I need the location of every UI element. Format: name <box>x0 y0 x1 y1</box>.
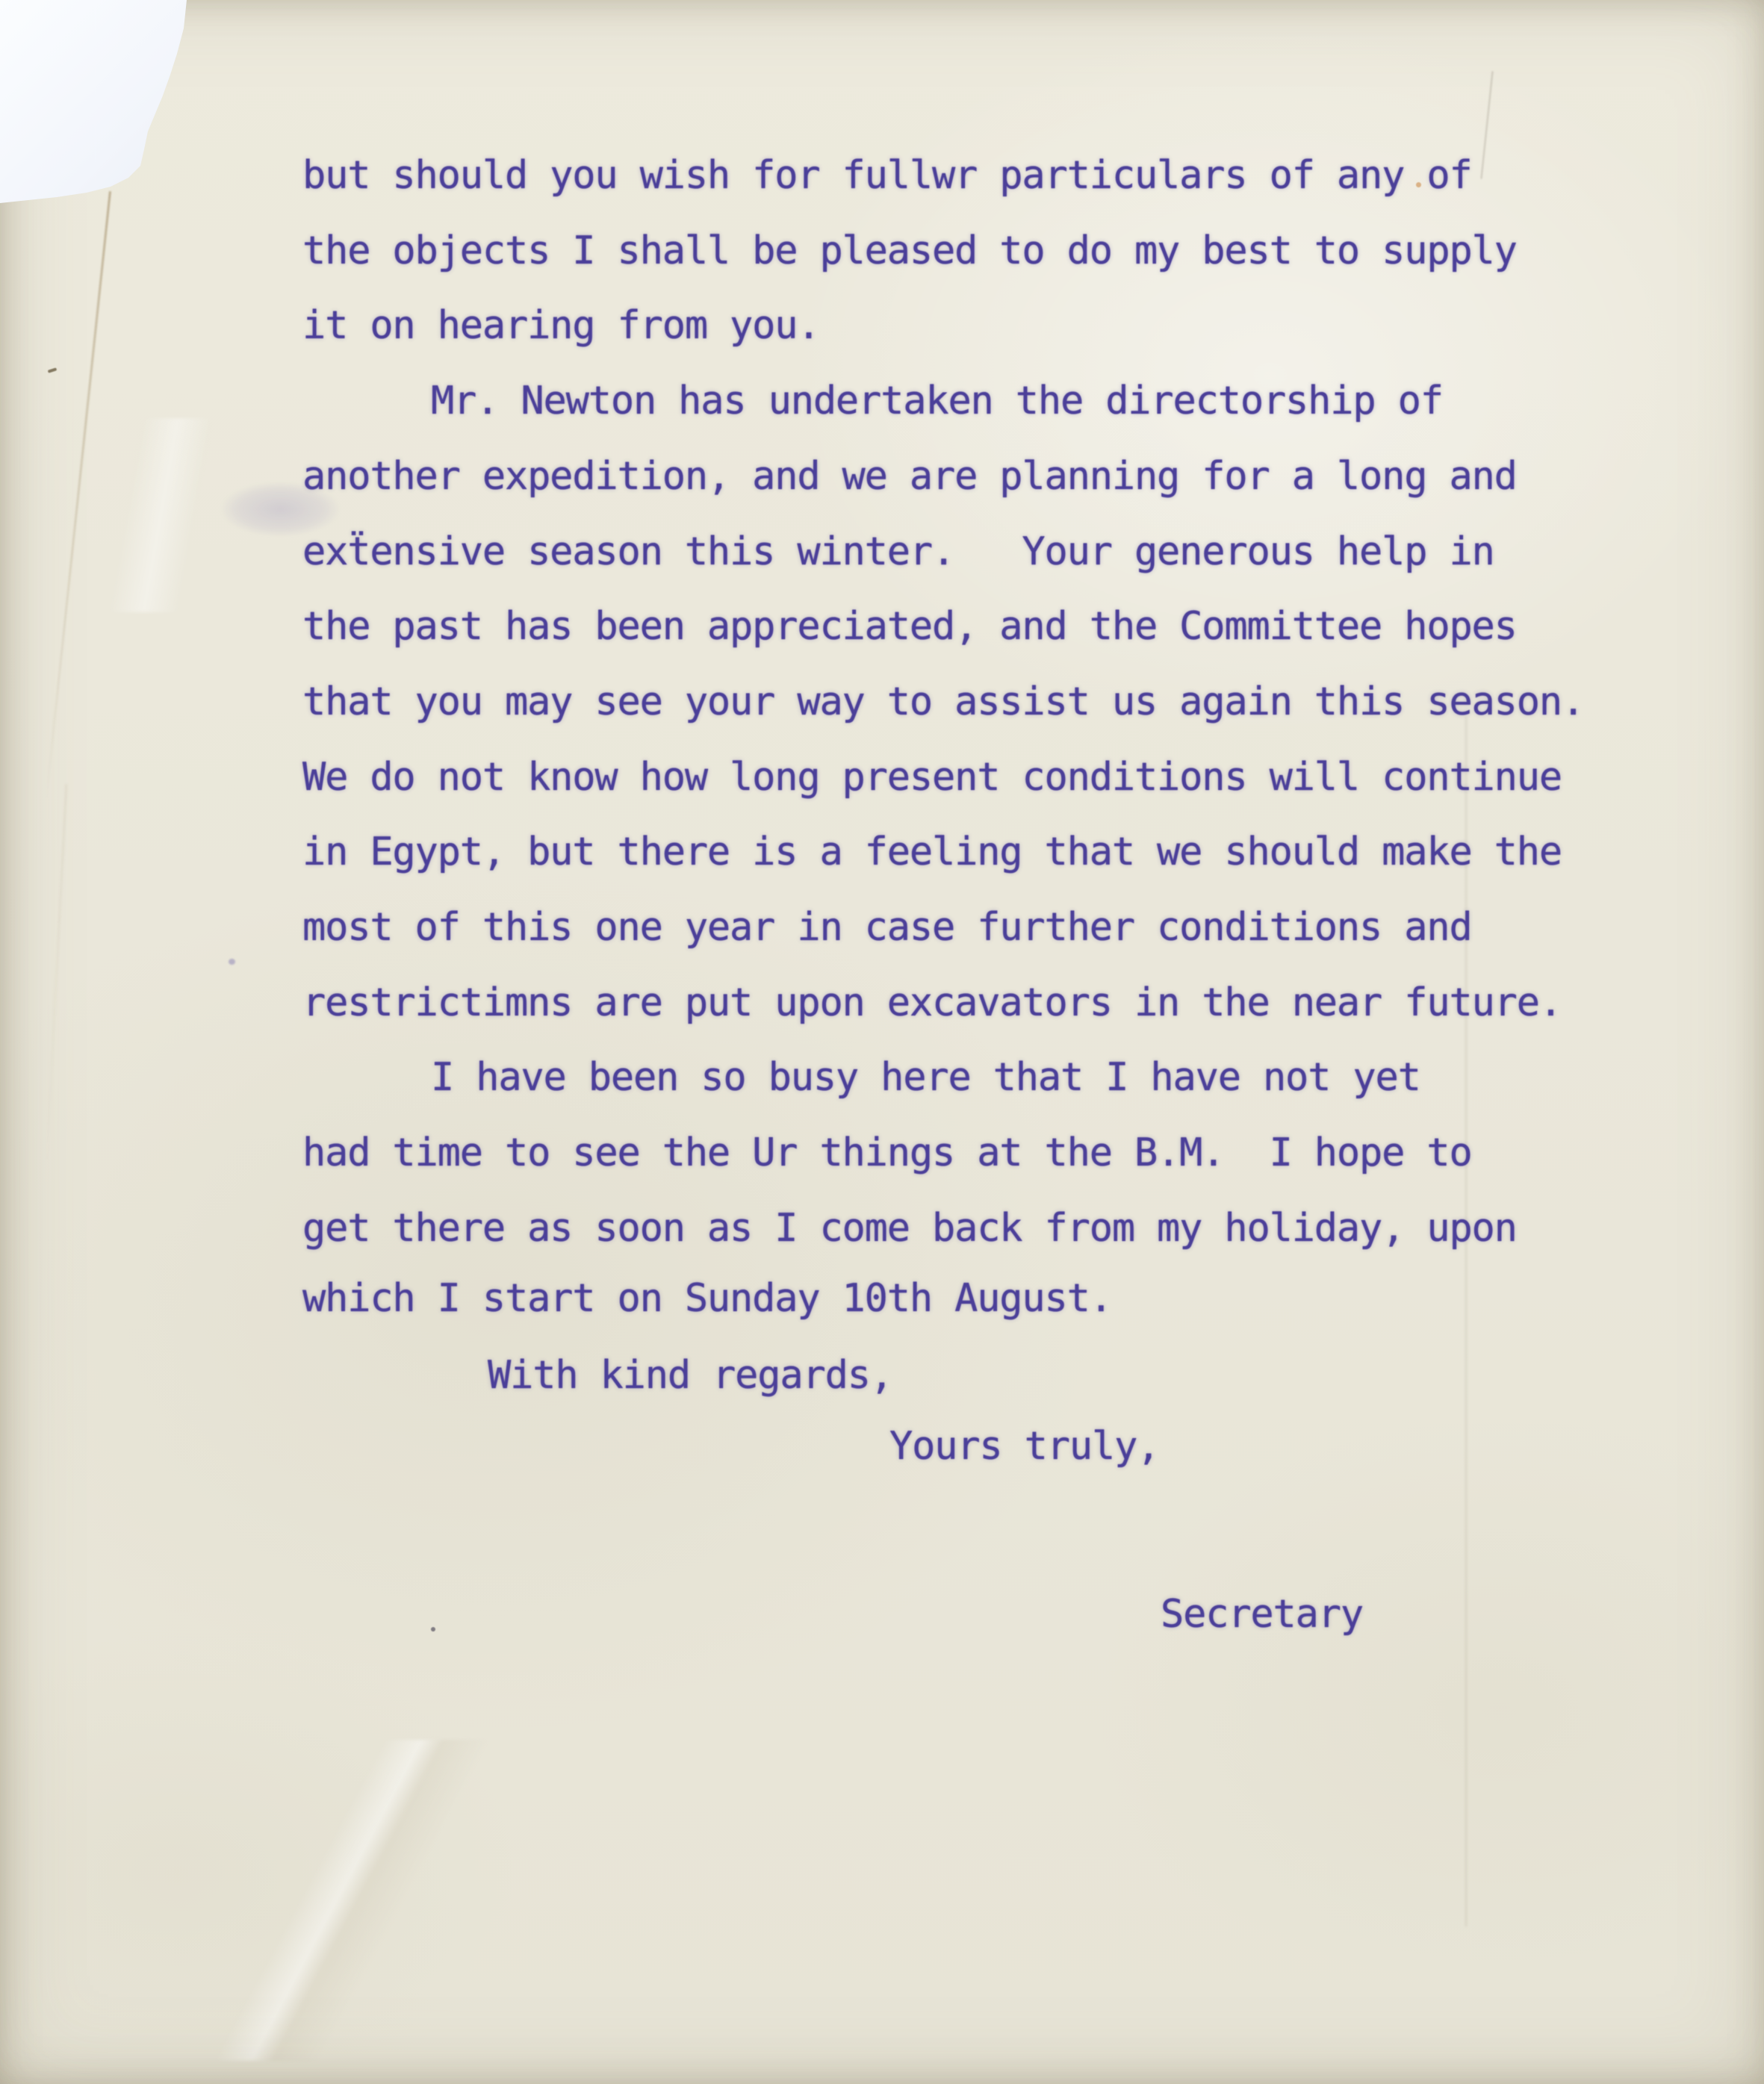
letter-body-line: We do not know how long present conditio… <box>302 755 1562 800</box>
letter-body-line: most of this one year in case further co… <box>302 905 1472 950</box>
letter-body-line: get there as soon as I come back from my… <box>302 1206 1517 1251</box>
letter-body-line: the objects I shall be pleased to do my … <box>302 228 1517 273</box>
letter-body-line: Mr. Newton has undertaken the directorsh… <box>431 379 1443 423</box>
letter-body-line: but should you wish for fullwr particula… <box>302 153 1472 198</box>
letter-body-line: exẗensive season this winter. Your gener… <box>302 529 1494 574</box>
letter-body-line: in Egypt, but there is a feeling that we… <box>302 830 1562 874</box>
letter-page: but should you wish for fullwr particula… <box>0 0 1764 2084</box>
letter-body-line: restrictimns are put upon excavators in … <box>302 980 1562 1025</box>
letter-body-line: it on hearing from you. <box>302 303 819 348</box>
letter-body-line: I have been so busy here that I have not… <box>431 1055 1420 1100</box>
closing-regards-line: With kind regards, <box>488 1353 892 1398</box>
letter-body-line: another expedition, and we are planning … <box>302 454 1517 499</box>
letter-body-line: the past has been appreciated, and the C… <box>302 604 1517 649</box>
letter-body-line: that you may see your way to assist us a… <box>302 679 1584 724</box>
closing-yours-truly-line: Yours truly, <box>889 1424 1159 1469</box>
signature-secretary-line: Secretary <box>1161 1592 1363 1637</box>
letter-text: but should you wish for fullwr particula… <box>0 0 1764 2084</box>
letter-body-line: had time to see the Ur things at the B.M… <box>302 1130 1472 1175</box>
letter-body-line: which I start on Sunday 10th August. <box>302 1276 1112 1321</box>
